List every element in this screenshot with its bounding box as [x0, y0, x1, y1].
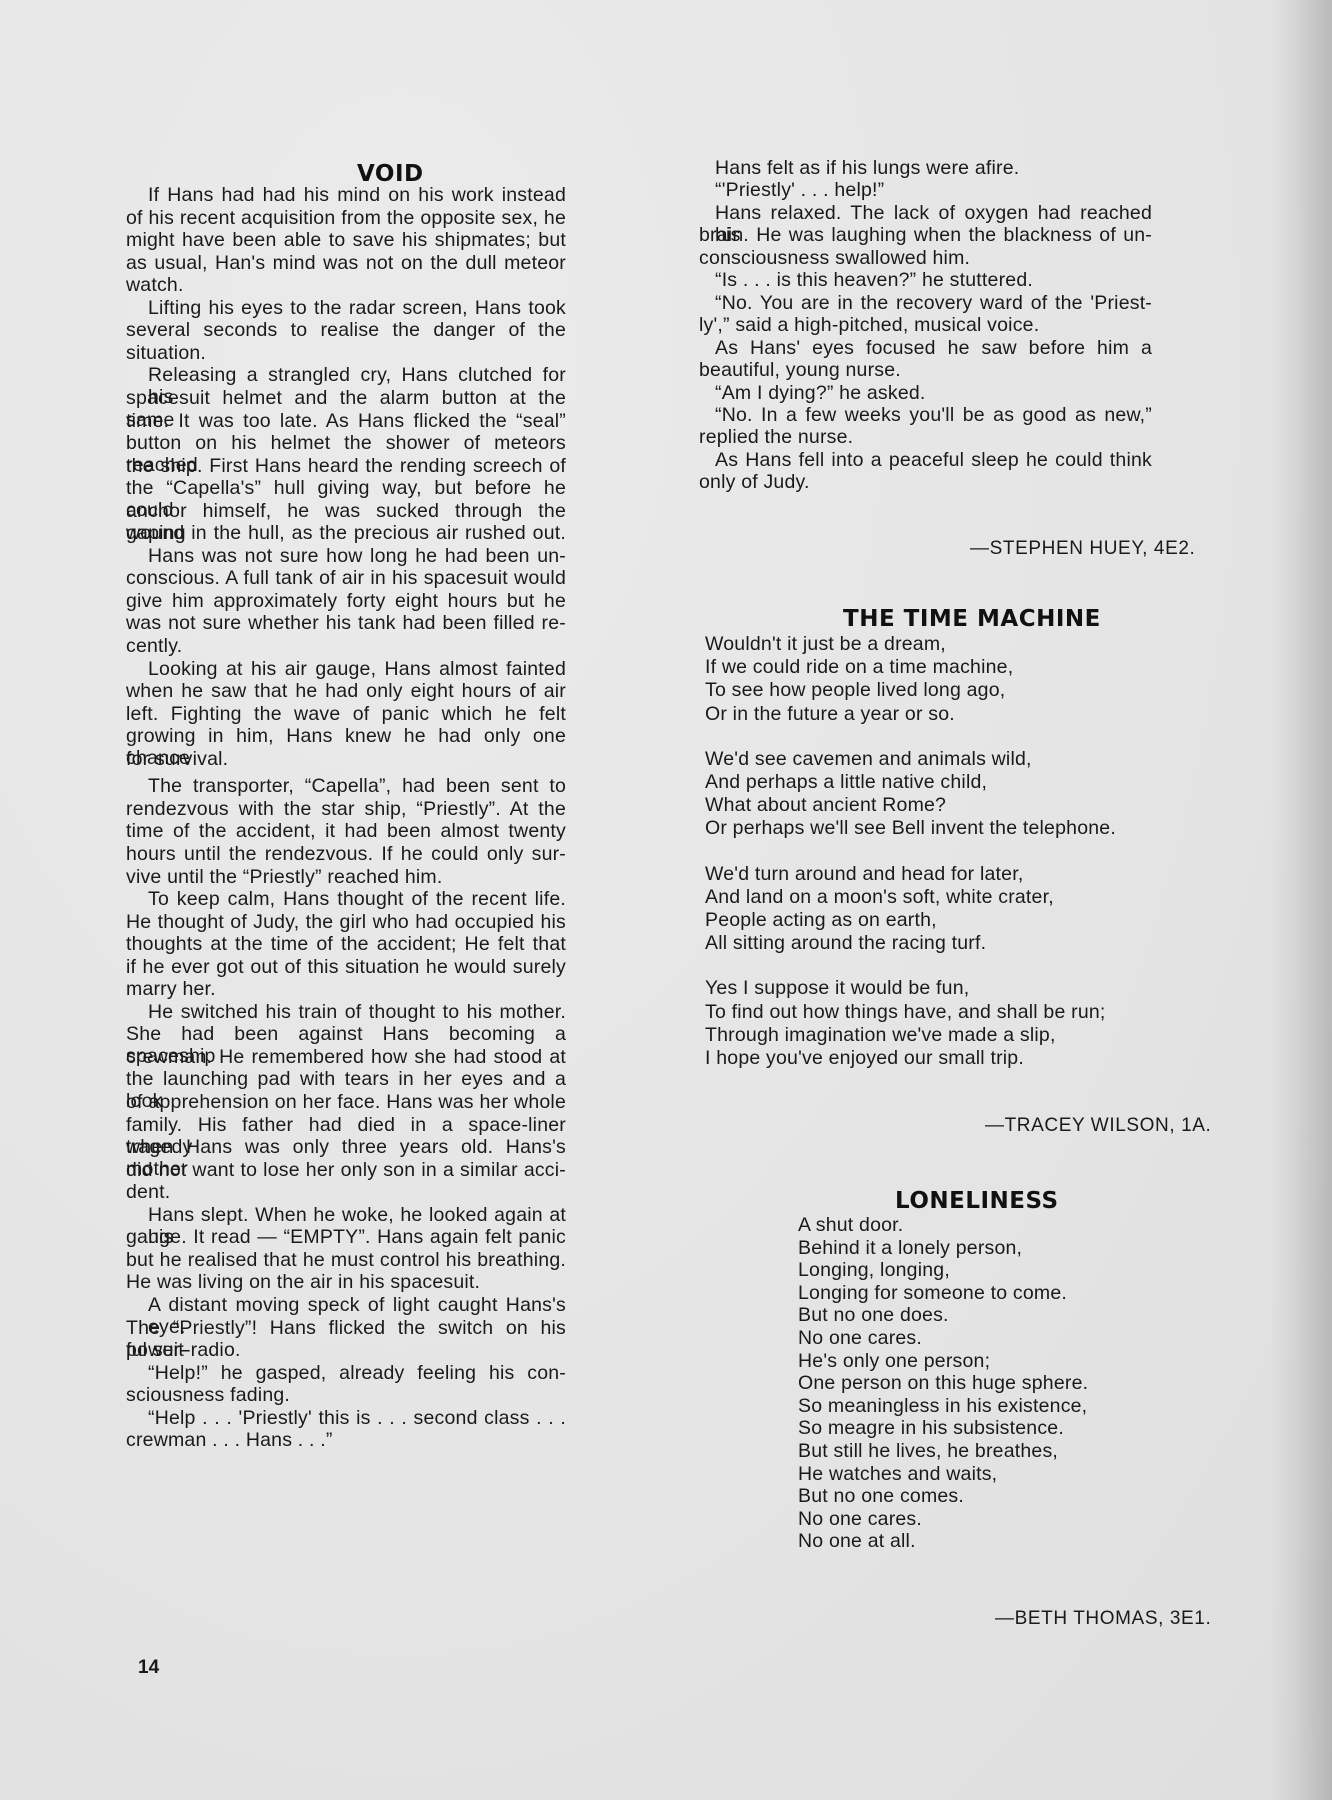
prose-line: “'Priestly' . . . help!”: [715, 179, 1152, 201]
prose-line: the launching pad with tears in her eyes…: [126, 1068, 566, 1090]
poem-line: No one at all.: [798, 1530, 916, 1552]
prose-line: growing in him, Hans knew he had only on…: [126, 725, 566, 747]
poem-line: If we could ride on a time machine,: [705, 656, 1013, 678]
prose-line: The “Priestly”! Hans flicked the switch …: [126, 1317, 566, 1339]
poem-line: We'd see cavemen and animals wild,: [705, 748, 1032, 770]
prose-line: ful suit-radio.: [126, 1339, 566, 1361]
poem-line: Yes I suppose it would be fun,: [705, 977, 969, 999]
prose-line: as usual, Han's mind was not on the dull…: [126, 252, 566, 274]
prose-line: As Hans' eyes focused he saw before him …: [715, 337, 1152, 359]
poem-line: So meagre in his subsistence.: [798, 1417, 1064, 1439]
prose-line: “No. You are in the recovery ward of the…: [715, 292, 1152, 314]
poem-line: To find out how things have, and shall b…: [705, 1001, 1106, 1023]
prose-line: consciousness swallowed him.: [699, 247, 1152, 269]
prose-line: He switched his train of thought to his …: [148, 1001, 566, 1023]
prose-line: when Hans was only three years old. Hans…: [126, 1136, 566, 1158]
prose-line: As Hans fell into a peaceful sleep he co…: [715, 449, 1152, 471]
prose-line: give him approximately forty eight hours…: [126, 590, 566, 612]
poem-line: Behind it a lonely person,: [798, 1237, 1022, 1259]
poem-line: But no one does.: [798, 1304, 949, 1326]
prose-line: situation.: [126, 342, 566, 364]
prose-line: did not want to lose her only son in a s…: [126, 1159, 566, 1181]
prose-line: button on his helmet the shower of meteo…: [126, 432, 566, 454]
poem-line: But no one comes.: [798, 1485, 964, 1507]
prose-line: conscious. A full tank of air in his spa…: [126, 567, 566, 589]
prose-line: He was living on the air in his spacesui…: [126, 1271, 566, 1293]
prose-line: if he ever got out of this situation he …: [126, 956, 566, 978]
prose-line: “Help!” he gasped, already feeling his c…: [148, 1362, 566, 1384]
prose-line: only of Judy.: [699, 471, 1152, 493]
prose-line: Hans relaxed. The lack of oxygen had rea…: [715, 202, 1152, 224]
poem-line: A shut door.: [798, 1214, 903, 1236]
prose-line: beautiful, young nurse.: [699, 359, 1152, 381]
time-machine-title: THE TIME MACHINE: [843, 606, 1101, 632]
prose-line: left. Fighting the wave of panic which h…: [126, 703, 566, 725]
prose-line: spacesuit helmet and the alarm button at…: [126, 387, 566, 409]
time-machine-author-byline: —TRACEY WILSON, 1A.: [985, 1115, 1211, 1137]
poem-line: No one cares.: [798, 1508, 922, 1530]
prose-line: “Is . . . is this heaven?” he stuttered.: [715, 269, 1152, 291]
poem-line: So meaningless in his existence,: [798, 1395, 1087, 1417]
void-author-byline: —STEPHEN HUEY, 4E2.: [970, 538, 1195, 560]
poem-line: But still he lives, he breathes,: [798, 1440, 1058, 1462]
prose-line: If Hans had had his mind on his work ins…: [148, 184, 566, 206]
prose-line: cently.: [126, 635, 566, 657]
prose-line: several seconds to realise the danger of…: [126, 319, 566, 341]
prose-line: She had been against Hans becoming a spa…: [126, 1023, 566, 1045]
prose-line: hours until the rendezvous. If he could …: [126, 843, 566, 865]
prose-line: when he saw that he had only eight hours…: [126, 680, 566, 702]
poem-line: All sitting around the racing turf.: [705, 932, 986, 954]
prose-line: of his recent acquisition from the oppos…: [126, 207, 566, 229]
prose-line: rendezvous with the star ship, “Priestly…: [126, 798, 566, 820]
prose-line: was not sure whether his tank had been f…: [126, 612, 566, 634]
prose-line: watch.: [126, 274, 566, 296]
loneliness-title: LONELINESS: [895, 1188, 1059, 1214]
prose-line: the “Capella's” hull giving way, but bef…: [126, 477, 566, 499]
prose-line: might have been able to save his shipmat…: [126, 229, 566, 251]
prose-line: for survival.: [126, 748, 566, 770]
prose-line: Hans felt as if his lungs were afire.: [715, 157, 1152, 179]
poem-line: And perhaps a little native child,: [705, 771, 987, 793]
prose-line: family. His father had died in a space-l…: [126, 1114, 566, 1136]
prose-line: To keep calm, Hans thought of the recent…: [148, 888, 566, 910]
poem-line: He watches and waits,: [798, 1463, 997, 1485]
prose-line: vive until the “Priestly” reached him.: [126, 866, 566, 888]
loneliness-author-byline: —BETH THOMAS, 3E1.: [995, 1608, 1211, 1630]
prose-line: replied the nurse.: [699, 426, 1152, 448]
poem-line: No one cares.: [798, 1327, 922, 1349]
poem-line: Longing, longing,: [798, 1259, 950, 1281]
poem-line: What about ancient Rome?: [705, 794, 946, 816]
prose-line: anchor himself, he was sucked through th…: [126, 500, 566, 522]
prose-line: crewman. He remembered how she had stood…: [126, 1046, 566, 1068]
prose-line: but he realised that he must control his…: [126, 1249, 566, 1271]
poem-line: To see how people lived long ago,: [705, 679, 1005, 701]
prose-line: Hans slept. When he woke, he looked agai…: [148, 1204, 566, 1226]
prose-line: of apprehension on her face. Hans was he…: [126, 1091, 566, 1113]
poem-line: We'd turn around and head for later,: [705, 863, 1023, 885]
poem-line: Or in the future a year or so.: [705, 703, 955, 725]
prose-line: Lifting his eyes to the radar screen, Ha…: [148, 297, 566, 319]
prose-line: “Am I dying?” he asked.: [715, 382, 1152, 404]
prose-line: Looking at his air gauge, Hans almost fa…: [148, 658, 566, 680]
poem-line: Through imagination we've made a slip,: [705, 1024, 1056, 1046]
page-number: 14: [138, 1657, 159, 1679]
poem-line: I hope you've enjoyed our small trip.: [705, 1047, 1024, 1069]
poem-line: Wouldn't it just be a dream,: [705, 633, 946, 655]
prose-line: gauge. It read — “EMPTY”. Hans again fel…: [126, 1226, 566, 1248]
prose-line: ly',” said a high-pitched, musical voice…: [699, 314, 1152, 336]
prose-line: A distant moving speck of light caught H…: [148, 1294, 566, 1316]
prose-line: He thought of Judy, the girl who had occ…: [126, 911, 566, 933]
prose-line: brain. He was laughing when the blacknes…: [699, 224, 1152, 246]
prose-line: time. It was too late. As Hans flicked t…: [126, 410, 566, 432]
prose-line: “Help . . . 'Priestly' this is . . . sec…: [148, 1407, 566, 1429]
prose-line: dent.: [126, 1181, 566, 1203]
prose-line: crewman . . . Hans . . .”: [126, 1429, 566, 1451]
prose-line: Releasing a strangled cry, Hans clutched…: [148, 364, 566, 386]
poem-line: One person on this huge sphere.: [798, 1372, 1088, 1394]
prose-line: the ship. First Hans heard the rending s…: [126, 455, 566, 477]
prose-line: Hans was not sure how long he had been u…: [148, 545, 566, 567]
prose-line: sciousness fading.: [126, 1384, 566, 1406]
poem-line: He's only one person;: [798, 1350, 990, 1372]
poem-line: Longing for someone to come.: [798, 1282, 1067, 1304]
prose-line: wound in the hull, as the precious air r…: [126, 522, 566, 544]
prose-line: time of the accident, it had been almost…: [126, 820, 566, 842]
prose-line: thoughts at the time of the accident; He…: [126, 933, 566, 955]
prose-line: “No. In a few weeks you'll be as good as…: [715, 404, 1152, 426]
prose-line: The transporter, “Capella”, had been sen…: [148, 775, 566, 797]
poem-line: People acting as on earth,: [705, 909, 937, 931]
poem-line: Or perhaps we'll see Bell invent the tel…: [705, 817, 1116, 839]
poem-line: And land on a moon's soft, white crater,: [705, 886, 1054, 908]
prose-line: marry her.: [126, 978, 566, 1000]
